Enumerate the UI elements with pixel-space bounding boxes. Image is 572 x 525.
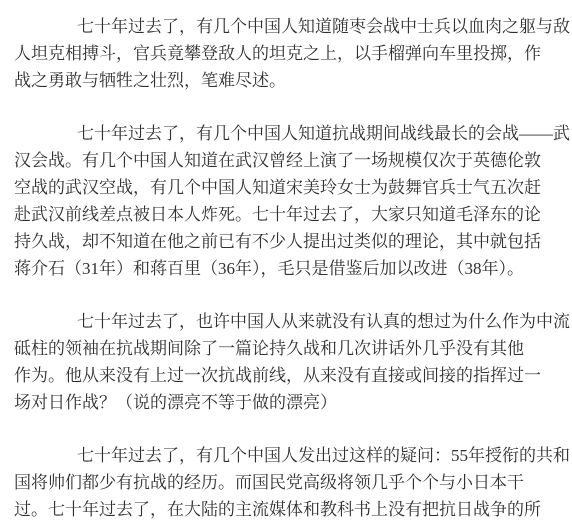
text-line: 砥柱的领袖在抗战期间除了一篇论持久战和几次讲话外几乎没有其他 [14,335,560,362]
text-line: 七十年过去了，有几个中国人知道随枣会战中士兵以血肉之躯与敌 [14,13,560,40]
text-line: 持久战，却不知道在他之前已有不少人提出过类似的理论，其中就包括 [14,228,560,255]
text-line: 七十年过去了，也许中国人从来就没有认真的想过为什么作为中流 [14,308,560,335]
text-line: 汉会战。有几个中国人知道在武汉曾经上演了一场规模仅次于英德伦敦 [14,147,560,174]
text-line: 七十年过去了，有几个中国人发出过这样的疑问：55年授衔的共和 [14,442,560,469]
paragraph: 七十年过去了，有几个中国人发出过这样的疑问：55年授衔的共和国将帅们都少有抗战的… [14,442,560,523]
document-page: 七十年过去了，有几个中国人知道随枣会战中士兵以血肉之躯与敌人坦克相搏斗，官兵竟攀… [0,0,572,525]
text-line: 赴武汉前线差点被日本人炸死。七十年过去了，大家只知道毛泽东的论 [14,201,560,228]
text-line: 战之勇敢与牺牲之壮烈，笔难尽述。 [14,67,560,94]
text-line: 七十年过去了，有几个中国人知道抗战期间战线最长的会战——武 [14,120,560,147]
paragraph: 七十年过去了，有几个中国人知道随枣会战中士兵以血肉之躯与敌人坦克相搏斗，官兵竟攀… [14,13,560,94]
text-content: 七十年过去了，有几个中国人知道随枣会战中士兵以血肉之躯与敌人坦克相搏斗，官兵竟攀… [14,13,560,523]
text-line: 作为。他从来没有上过一次抗战前线，从来没有直接或间接的指挥过一 [14,362,560,389]
text-line: 人坦克相搏斗，官兵竟攀登敌人的坦克之上，以手榴弹向车里投掷，作 [14,40,560,67]
text-line: 空战的武汉空战，有几个中国人知道宋美玲女士为鼓舞官兵士气五次赶 [14,174,560,201]
text-line: 蒋介石（31年）和蒋百里（36年），毛只是借鉴后加以改进（38年）。 [14,255,560,282]
paragraph: 七十年过去了，也许中国人从来就没有认真的想过为什么作为中流砥柱的领袖在抗战期间除… [14,308,560,416]
text-line: 场对日作战？（说的漂亮不等于做的漂亮） [14,389,560,416]
text-line: 国将帅们都少有抗战的经历。而国民党高级将领几乎个个与小日本干 [14,469,560,496]
paragraph: 七十年过去了，有几个中国人知道抗战期间战线最长的会战——武汉会战。有几个中国人知… [14,120,560,282]
text-line: 过。七十年过去了，在大陆的主流媒体和教科书上没有把抗日战争的所 [14,496,560,523]
